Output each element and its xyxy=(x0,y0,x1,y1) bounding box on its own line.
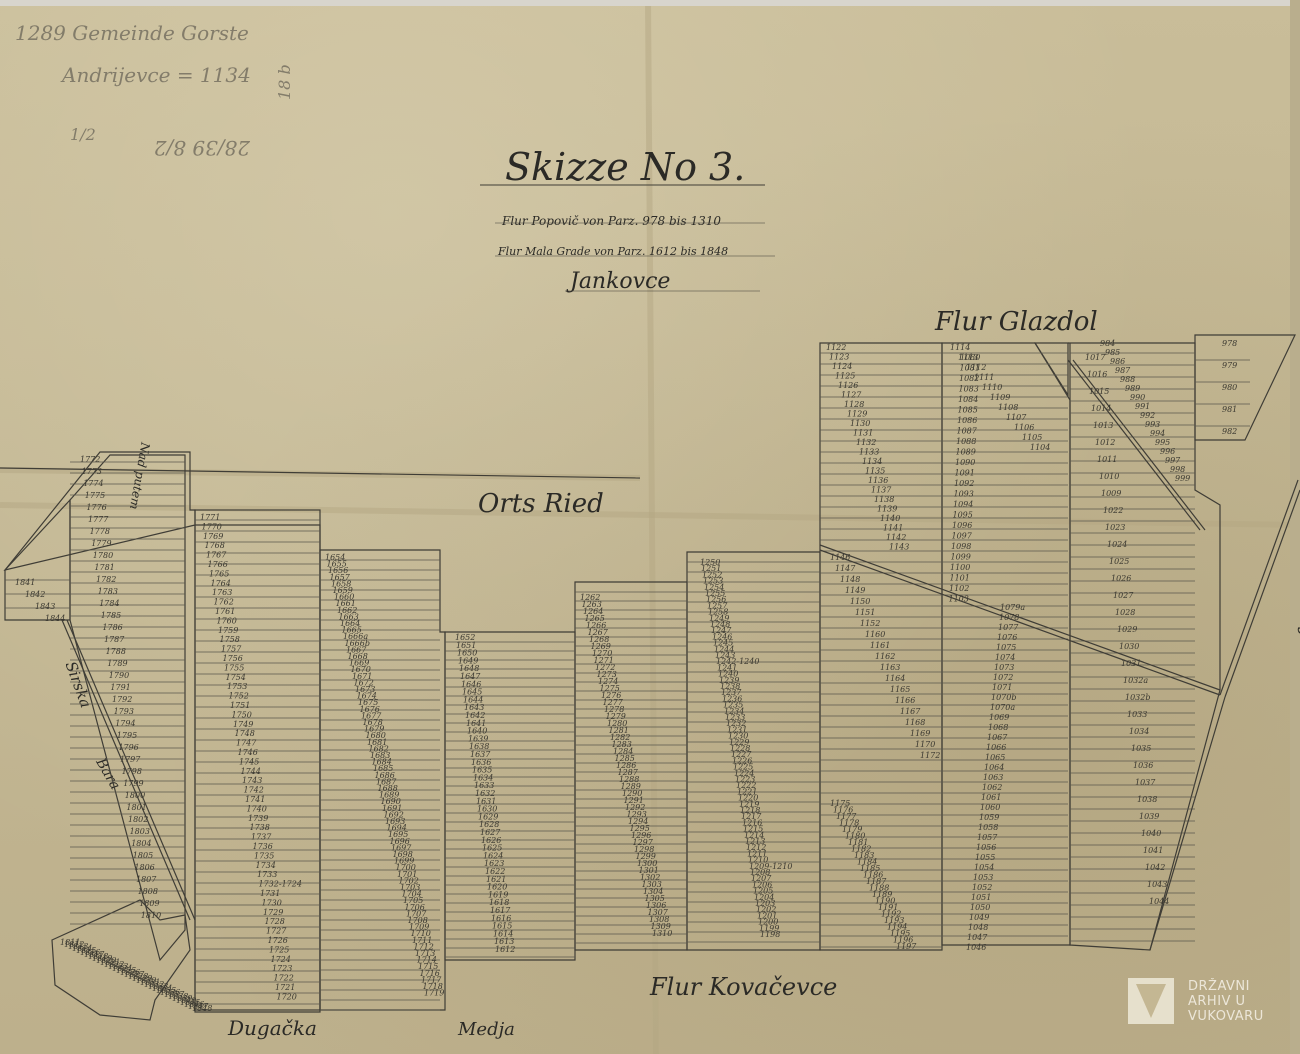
parcel-number: 1122 xyxy=(826,343,846,352)
parcel-number: 1060 xyxy=(980,803,1000,812)
parcel-number: 1033 xyxy=(1127,710,1147,719)
parcel-number: 1741 xyxy=(245,795,265,804)
parcel-number: 1093 xyxy=(954,490,974,499)
parcel-number: 1799 xyxy=(123,779,143,788)
parcel-number: 1738 xyxy=(250,823,270,832)
parcel-number: 980 xyxy=(1222,383,1237,392)
parcel-number: 1132 xyxy=(856,438,876,447)
parcel-number: 978 xyxy=(1222,339,1237,348)
parcel-number: 1094 xyxy=(953,500,973,509)
parcel-number: 1081 xyxy=(960,364,980,373)
parcel-number: 1065 xyxy=(985,753,1005,762)
parcel-number: 1064 xyxy=(984,763,1004,772)
parcel-number: 1028 xyxy=(1115,608,1135,617)
parcel-number: 1031 xyxy=(1121,659,1141,668)
parcel-number: 988 xyxy=(1120,375,1135,384)
parcel-number: 1014 xyxy=(1091,404,1111,413)
parcel-number: 1773 xyxy=(82,467,102,476)
archive-logo-icon xyxy=(1128,978,1174,1024)
parcel-number: 1080 xyxy=(960,353,980,362)
pencil-note-3: 18 b xyxy=(275,64,294,100)
parcel-number: 1770 xyxy=(202,522,222,531)
parcel-number: 1047 xyxy=(967,933,988,942)
parcel-number: 1025 xyxy=(1109,557,1129,566)
parcel-number: 1779 xyxy=(91,539,111,548)
parcel-number: 981 xyxy=(1222,405,1237,414)
parcel-number: 1099 xyxy=(951,553,971,562)
parcel-number: 1791 xyxy=(110,683,130,692)
parcel-number: 1784 xyxy=(99,599,119,608)
parcel-number: 1138 xyxy=(874,495,894,504)
parcel-number: 1848 xyxy=(192,1004,212,1013)
parcel-number: 1780 xyxy=(93,551,113,560)
parcel-number: 1039 xyxy=(1139,812,1159,821)
parcel-number: 1114 xyxy=(950,343,970,352)
parcel-number: 1146 xyxy=(830,553,850,562)
parcel-number: 1793 xyxy=(114,707,134,716)
parcel-number: 1729 xyxy=(263,908,283,917)
label-flur-kovacevce: Flur Kovačevce xyxy=(649,973,837,1001)
parcel-number: 1024 xyxy=(1107,540,1127,549)
parcel-number: 1163 xyxy=(880,663,900,672)
parcel-number: 1032a xyxy=(1123,676,1148,685)
parcel-number: 1809 xyxy=(139,899,159,908)
parcel-number: 1802 xyxy=(128,815,148,824)
parcel-number: 1049 xyxy=(969,913,989,922)
parcel-number: 1066 xyxy=(986,743,1006,752)
parcel-number: 1086 xyxy=(957,416,977,425)
label-flur-glazdol: Flur Glazdol xyxy=(934,307,1098,337)
parcel-number: 1141 xyxy=(883,524,903,533)
parcel-number: 1133 xyxy=(859,448,879,457)
watermark-line-2: ARHIV U xyxy=(1188,994,1264,1009)
parcel-number: 1125 xyxy=(835,372,855,381)
parcel-number: 1804 xyxy=(131,839,151,848)
parcel-number: 1161 xyxy=(870,641,890,650)
parcel-number: 1131 xyxy=(853,429,873,438)
parcel-number: 1727 xyxy=(266,927,287,936)
parcel-number: 993 xyxy=(1145,420,1160,429)
parcel-number: 1747 xyxy=(236,739,257,748)
parcel-number: 1104 xyxy=(1030,443,1050,452)
parcel-number: 1027 xyxy=(1113,591,1134,600)
parcel-number: 1198 xyxy=(760,930,780,939)
parcel-number: 1761 xyxy=(215,607,235,616)
parcel-number: 1010 xyxy=(1099,472,1119,481)
parcel-number: 1197 xyxy=(896,942,917,951)
pencil-note-1: 1289 Gemeinde Gorste xyxy=(15,21,249,45)
parcel-number: 1069 xyxy=(989,713,1009,722)
parcel-number: 1108 xyxy=(998,403,1018,412)
label-dugacka: Dugačka xyxy=(227,1016,317,1040)
watermark-line-3: VUKOVARU xyxy=(1188,1009,1264,1024)
parcel-number: 1085 xyxy=(958,406,978,415)
parcel-number: 1731 xyxy=(260,889,280,898)
parcel-number: 1785 xyxy=(101,611,121,620)
parcel-number: 1768 xyxy=(205,541,225,550)
parcel-number: 1076 xyxy=(997,633,1017,642)
parcel-number: 1092 xyxy=(954,479,974,488)
parcel-number: 1074 xyxy=(995,653,1015,662)
parcel-number: 1740 xyxy=(247,804,267,813)
parcel-number: 1769 xyxy=(203,532,223,541)
parcel-number: 1722 xyxy=(274,974,294,983)
parcel-number: 990 xyxy=(1130,393,1145,402)
parcel-number: 994 xyxy=(1150,429,1165,438)
parcel-number: 1129 xyxy=(847,410,867,419)
parcel-number: 1061 xyxy=(981,793,1001,802)
parcel-number: 1726 xyxy=(268,936,288,945)
pencil-note-5: 1/2 xyxy=(70,125,96,144)
parcel-number: 989 xyxy=(1125,384,1140,393)
parcel-number: 1090 xyxy=(955,458,975,467)
parcel-number: 1016 xyxy=(1087,370,1107,379)
parcel-number: 1148 xyxy=(840,575,860,584)
parcel-number: 991 xyxy=(1135,402,1150,411)
parcel-number: 985 xyxy=(1105,348,1120,357)
parcel-number: 1763 xyxy=(212,588,232,597)
parcel-number: 1037 xyxy=(1135,778,1156,787)
parcel-number: 1758 xyxy=(220,635,240,644)
parcel-number: 1803 xyxy=(130,827,150,836)
parcel-number: 1843 xyxy=(35,602,55,611)
watermark-line-1: DRŽAVNI xyxy=(1188,979,1264,994)
parcel-number: 1042 xyxy=(1145,863,1165,872)
parcel-number: 1783 xyxy=(98,587,118,596)
parcel-number: 1012 xyxy=(1095,438,1115,447)
parcel-number: 1052 xyxy=(972,883,992,892)
parcel-number: 1135 xyxy=(865,467,885,476)
pencil-notes: 1289 Gemeinde Gorste Andrijevce = 1134 1… xyxy=(15,21,294,160)
parcel-number: 1787 xyxy=(104,635,125,644)
parcel-number: 1013 xyxy=(1093,421,1113,430)
parcel-number: 1771 xyxy=(200,513,220,522)
parcel-number: 1038 xyxy=(1137,795,1157,804)
parcel-number: 1728 xyxy=(265,917,285,926)
cadastral-map: Skizze No 3. Flur Popovič von Parz. 978 … xyxy=(0,0,1300,1054)
parcel-number: 1842 xyxy=(25,590,45,599)
parcel-numbers: 9789799809819829849859869879889899909919… xyxy=(15,339,1237,1013)
parcel-number: 1050 xyxy=(970,903,990,912)
parcel-number: 1749 xyxy=(233,720,253,729)
map-title: Skizze No 3. xyxy=(505,145,745,189)
parcel-number: 997 xyxy=(1165,456,1181,465)
parcel-number: 1170 xyxy=(915,740,935,749)
parcel-number: 1091 xyxy=(955,469,975,478)
parcel-number: 1778 xyxy=(90,527,110,536)
parcel-number: 1059 xyxy=(979,813,999,822)
parcel-number: 1128 xyxy=(844,400,864,409)
parcel-number: 1810 xyxy=(141,911,161,920)
parcel-number: 1035 xyxy=(1131,744,1151,753)
parcel-number: 1733 xyxy=(257,870,277,879)
parcel-number: 1797 xyxy=(120,755,141,764)
parcel-number: 987 xyxy=(1115,366,1131,375)
block-978 xyxy=(1195,335,1295,440)
parcel-number: 1071 xyxy=(992,683,1012,692)
title-block: Skizze No 3. Flur Popovič von Parz. 978 … xyxy=(480,145,775,294)
parcel-number: 1095 xyxy=(953,511,973,520)
parcel-number: 1756 xyxy=(223,654,243,663)
parcel-number: 1160 xyxy=(865,630,885,639)
parcel-number: 1168 xyxy=(905,718,925,727)
parcel-number: 1084 xyxy=(958,395,978,404)
parcel-number: 1088 xyxy=(956,437,976,446)
parcel-number: 1055 xyxy=(975,853,995,862)
parcel-number: 1774 xyxy=(83,479,103,488)
parcel-number: 1151 xyxy=(855,608,875,617)
parcel-number: 1744 xyxy=(241,767,261,776)
parcel-number: 1143 xyxy=(889,543,909,552)
parcel-number: 1796 xyxy=(118,743,138,752)
parcel-number: 1792 xyxy=(112,695,132,704)
parcel-number: 1788 xyxy=(106,647,126,656)
parcel-number: 1167 xyxy=(900,707,921,716)
parcel-number: 1130 xyxy=(850,419,870,428)
block-1110 xyxy=(1035,343,1068,395)
parcel-number: 1786 xyxy=(102,623,122,632)
parcel-number: 995 xyxy=(1155,438,1170,447)
parcel-number: 1023 xyxy=(1105,523,1125,532)
parcel-number: 1140 xyxy=(880,514,900,523)
parcel-number: 1079a xyxy=(1000,603,1025,612)
label-medja: Medja xyxy=(457,1019,515,1040)
label-nad-putem: Nad putem xyxy=(127,440,153,510)
parcel-number: 1789 xyxy=(107,659,127,668)
parcel-number: 1150 xyxy=(850,597,870,606)
parcel-number: 1782 xyxy=(96,575,116,584)
parcel-number: 1053 xyxy=(973,873,993,882)
parcel-number: 1764 xyxy=(211,579,231,588)
parcel-number: 1101 xyxy=(950,574,970,583)
parcel-number: 1058 xyxy=(978,823,998,832)
parcel-number: 1724 xyxy=(271,955,291,964)
parcel-number: 1109 xyxy=(990,393,1010,402)
parcel-number: 1720 xyxy=(277,992,297,1001)
parcel-number: 1105 xyxy=(1022,433,1042,442)
parcel-number: 999 xyxy=(1175,474,1190,483)
parcel-number: 1807 xyxy=(136,875,157,884)
parcel-number: 1009 xyxy=(1101,489,1121,498)
parcel-number: 1147 xyxy=(835,564,856,573)
parcel-number: 1808 xyxy=(138,887,158,896)
parcel-number: 1040 xyxy=(1141,829,1161,838)
parcel-number: 1751 xyxy=(230,701,250,710)
parcel-number: 1310 xyxy=(652,929,672,938)
parcel-number: 1063 xyxy=(983,773,1003,782)
parcel-number: 1755 xyxy=(224,663,244,672)
parcel-number: 1800 xyxy=(125,791,145,800)
parcel-number: 1126 xyxy=(838,381,858,390)
pencil-note-4: 28/39 8/2 xyxy=(154,136,251,160)
parcel-number: 1134 xyxy=(862,457,882,466)
parcel-number: 1082 xyxy=(959,374,979,383)
parcel-number: 1806 xyxy=(134,863,154,872)
parcel-number: 992 xyxy=(1140,411,1155,420)
parcel-number: 1026 xyxy=(1111,574,1131,583)
parcel-number: 1062 xyxy=(982,783,1002,792)
parcel-number: 1098 xyxy=(951,542,971,551)
parcel-number: 1760 xyxy=(217,616,237,625)
parcel-number: 1725 xyxy=(269,945,289,954)
parcel-number: 1068 xyxy=(988,723,1008,732)
parcel-number: 1844 xyxy=(45,614,65,623)
parcel-number: 1072 xyxy=(993,673,1013,682)
parcel-number: 1790 xyxy=(109,671,129,680)
archive-watermark: DRŽAVNI ARHIV U VUKOVARU xyxy=(1128,978,1264,1024)
parcel-number: 1748 xyxy=(235,729,255,738)
parcel-number: 1750 xyxy=(232,710,252,719)
parcel-number: 979 xyxy=(1222,361,1237,370)
parcel-number: 1029 xyxy=(1117,625,1137,634)
parcel-number: 1057 xyxy=(977,833,998,842)
parcel-number: 1745 xyxy=(239,757,259,766)
parcel-number: 1737 xyxy=(251,833,272,842)
parcel-number: 982 xyxy=(1222,427,1237,436)
parcel-number: 1056 xyxy=(976,843,996,852)
parcel-number: 1054 xyxy=(974,863,994,872)
parcel-number: 1011 xyxy=(1097,455,1117,464)
parcel-number: 1089 xyxy=(956,448,976,457)
parcel-number: 1172 xyxy=(920,751,940,760)
parcel-number: 1022 xyxy=(1103,506,1123,515)
parcel-number: 1078 xyxy=(999,613,1019,622)
parcel-number: 1746 xyxy=(238,748,258,757)
pencil-note-2: Andrijevce = 1134 xyxy=(60,63,251,87)
parcel-number: 1030 xyxy=(1119,642,1139,651)
parcel-number: 1097 xyxy=(952,532,973,541)
parcel-number: 1127 xyxy=(841,391,862,400)
parcel-number: 1794 xyxy=(115,719,135,728)
parcel-number: 1103 xyxy=(949,595,969,604)
map-sheet: Skizze No 3. Flur Popovič von Parz. 978 … xyxy=(0,0,1300,1054)
parcel-number: 1753 xyxy=(227,682,247,691)
parcel-number: 1781 xyxy=(94,563,114,572)
parcel-number: 1102 xyxy=(949,584,969,593)
parcel-number: 1776 xyxy=(86,503,106,512)
parcel-number: 1106 xyxy=(1014,423,1034,432)
parcel-number: 1070b xyxy=(991,693,1016,702)
parcel-number: 1735 xyxy=(254,851,274,860)
parcel-number: 1073 xyxy=(994,663,1014,672)
parcel-number: 1805 xyxy=(133,851,153,860)
parcel-number: 1124 xyxy=(832,362,852,371)
parcel-number: 1044 xyxy=(1149,897,1169,906)
parcel-number: 1743 xyxy=(242,776,262,785)
parcel-number: 1721 xyxy=(275,983,295,992)
parcel-number: 1096 xyxy=(952,521,972,530)
parcel-number: 1034 xyxy=(1129,727,1149,736)
parcel-number: 996 xyxy=(1160,447,1175,456)
parcel-number: 1036 xyxy=(1133,761,1153,770)
parcel-number: 1046 xyxy=(966,943,986,952)
parcel-number: 1762 xyxy=(214,598,234,607)
parcel-number: 1107 xyxy=(1006,413,1027,422)
parcel-number: 1801 xyxy=(126,803,146,812)
parcel-number: 1142 xyxy=(886,533,906,542)
parcel-number: 984 xyxy=(1100,339,1115,348)
parcel-number: 1612 xyxy=(495,945,515,954)
parcel-number: 1775 xyxy=(85,491,105,500)
parcel-number: 1166 xyxy=(895,696,915,705)
parcel-number: 1067 xyxy=(987,733,1008,742)
parcel-number: 1742 xyxy=(244,786,264,795)
parcel-number: 1048 xyxy=(968,923,988,932)
parcel-number: 1736 xyxy=(253,842,273,851)
parcel-number: 1732-1724 xyxy=(259,880,302,889)
parcel-number: 1719 xyxy=(424,989,444,998)
parcel-number: 1164 xyxy=(885,674,905,683)
label-orts-ried: Orts Ried xyxy=(478,489,604,519)
block-1010 xyxy=(1068,343,1220,950)
parcel-number: 1149 xyxy=(845,586,865,595)
parcel-number: 1765 xyxy=(209,569,229,578)
parcel-number: 1017 xyxy=(1085,353,1106,362)
parcel-number: 1754 xyxy=(226,673,246,682)
parcel-number: 1136 xyxy=(868,476,888,485)
parcel-number: 1051 xyxy=(971,893,991,902)
parcel-number: 1798 xyxy=(122,767,142,776)
parcel-number: 1165 xyxy=(890,685,910,694)
parcel-number: 1841 xyxy=(15,578,35,587)
parcel-number: 1070a xyxy=(990,703,1015,712)
parcel-number: 1032b xyxy=(1125,693,1150,702)
parcel-number: 986 xyxy=(1110,357,1125,366)
parcel-number: 1083 xyxy=(959,385,979,394)
parcel-number: 1100 xyxy=(950,563,970,572)
parcel-number: 1777 xyxy=(88,515,109,524)
parcel-number: 1043 xyxy=(1147,880,1167,889)
parcel-number: 1139 xyxy=(877,505,897,514)
parcel-number: 1075 xyxy=(996,643,1016,652)
parcel-number: 1041 xyxy=(1143,846,1163,855)
parcel-number: 1795 xyxy=(117,731,137,740)
parcel-number: 1162 xyxy=(875,652,895,661)
parcel-number: 1087 xyxy=(957,427,978,436)
parcel-number: 1759 xyxy=(218,626,238,635)
parcel-number: 1730 xyxy=(262,898,282,907)
parcel-number: 1752 xyxy=(229,692,249,701)
parcel-number: 1767 xyxy=(206,551,227,560)
parcel-number: 1077 xyxy=(998,623,1019,632)
parcel-number: 1757 xyxy=(221,645,242,654)
parcel-number: 1169 xyxy=(910,729,930,738)
parcel-number: 998 xyxy=(1170,465,1185,474)
parcel-number: 1123 xyxy=(829,353,849,362)
parcel-number: 1772 xyxy=(80,455,100,464)
subtitle-popovic: Flur Popovič von Parz. 978 bis 1310 xyxy=(501,214,721,228)
parcel-number: 1734 xyxy=(256,861,276,870)
parcel-number: 1152 xyxy=(860,619,880,628)
village-name: Jankovce xyxy=(566,269,670,294)
parcel-number: 1739 xyxy=(248,814,268,823)
parcel-number: 1766 xyxy=(208,560,228,569)
parcel-number: 1110 xyxy=(982,383,1002,392)
parcel-number: 1723 xyxy=(272,964,292,973)
parcel-number: 1015 xyxy=(1089,387,1109,396)
parcel-number: 1137 xyxy=(871,486,892,495)
